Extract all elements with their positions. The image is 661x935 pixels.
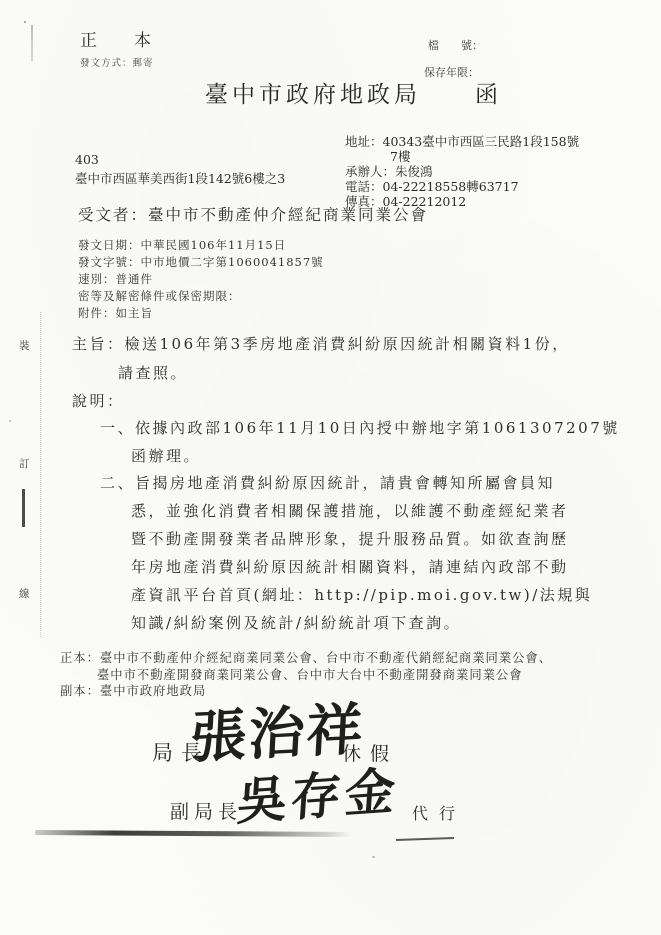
explanation-item2-line4: 年房地產消費糾紛原因統計相關資料，請連結內政部不動	[131, 556, 569, 577]
scan-artifact-dot	[24, 21, 26, 23]
explanation-item2-line5: 產資訊平台首頁(網址：http://pip.moi.gov.tw)/法規與	[131, 584, 592, 605]
explanation-item2-line6: 知識/糾紛案例及統計/糾紛統計項下查詢。	[131, 612, 461, 633]
recipient-line: 受文者：臺中市不動產仲介經紀商業同業公會	[78, 203, 428, 225]
cc-copies-line: 副本：臺中市政府地政局	[60, 681, 206, 699]
explanation-item2-line2: 悉，並強化消費者相關保護措施，以維護不動產經紀業者	[131, 500, 569, 521]
deputy-director-signature: 吳存金	[235, 751, 402, 835]
scan-artifact-bottom-line	[35, 830, 353, 837]
security-class: 密等及解密條件或保密期限：	[78, 288, 241, 304]
original-copies-line1: 正本：臺中市不動產仲介經紀商業同業公會、台中市不動產代銷經紀商業同業公會、	[60, 648, 552, 666]
attachment-note: 附件：如主旨	[78, 305, 153, 321]
sender-address-line1: 地址：40343臺中市西區三民路1段158號	[345, 132, 579, 150]
delivery-method-label: 發文方式：郵寄	[80, 55, 154, 69]
binding-dash-mark	[22, 489, 25, 527]
explanation-item1-line1: 一、依據內政部106年11月10日內授中辦地字第1061307207號	[100, 417, 620, 438]
scan-speck	[372, 856, 375, 858]
signature-underline	[396, 837, 454, 841]
recipient-address: 臺中市西區華美西街1段142號6樓之3	[75, 169, 285, 187]
scan-artifact-top-left	[31, 25, 33, 61]
scanned-official-letter: 正 本 發文方式：郵寄 檔 號： 保存年限： 臺中市政府地政局 函 403 臺中…	[0, 0, 661, 935]
explanation-item2-line3: 暨不動產開發業者品牌形象，提升服務品質。如欲查詢歷	[131, 528, 569, 549]
copy-type-label: 正 本	[80, 26, 161, 51]
scan-speck	[9, 420, 11, 422]
binding-mark-zhuang: 裝	[19, 338, 30, 353]
binding-mark-xian: 線	[19, 586, 30, 601]
issue-date: 發文日期：中華民國106年11月15日	[78, 237, 286, 253]
file-number-label: 檔 號：	[428, 37, 483, 53]
subject-line-1: 主旨：檢送106年第3季房地產消費糾紛原因統計相關資料1份，	[72, 333, 570, 354]
binding-mark-ding: 訂	[19, 456, 30, 471]
deputy-director-title: 副局長	[170, 797, 242, 824]
binding-dotted-line	[40, 312, 41, 637]
speed-class: 速別：普通件	[78, 271, 153, 287]
document-number: 發文字號：中市地價二字第1060041857號	[78, 254, 324, 270]
document-title: 臺中市政府地政局 函	[205, 76, 502, 109]
subject-line-2: 請查照。	[118, 362, 188, 383]
scan-speck	[490, 478, 492, 480]
deputy-director-status: 代行	[412, 801, 466, 824]
explanation-item1-line2: 函辦理。	[131, 445, 201, 466]
explanation-label: 說明：	[72, 390, 125, 411]
recipient-zip: 403	[75, 152, 99, 167]
explanation-item2-line1: 二、旨揭房地產消費糾紛原因統計，請貴會轉知所屬會員知	[100, 472, 555, 493]
